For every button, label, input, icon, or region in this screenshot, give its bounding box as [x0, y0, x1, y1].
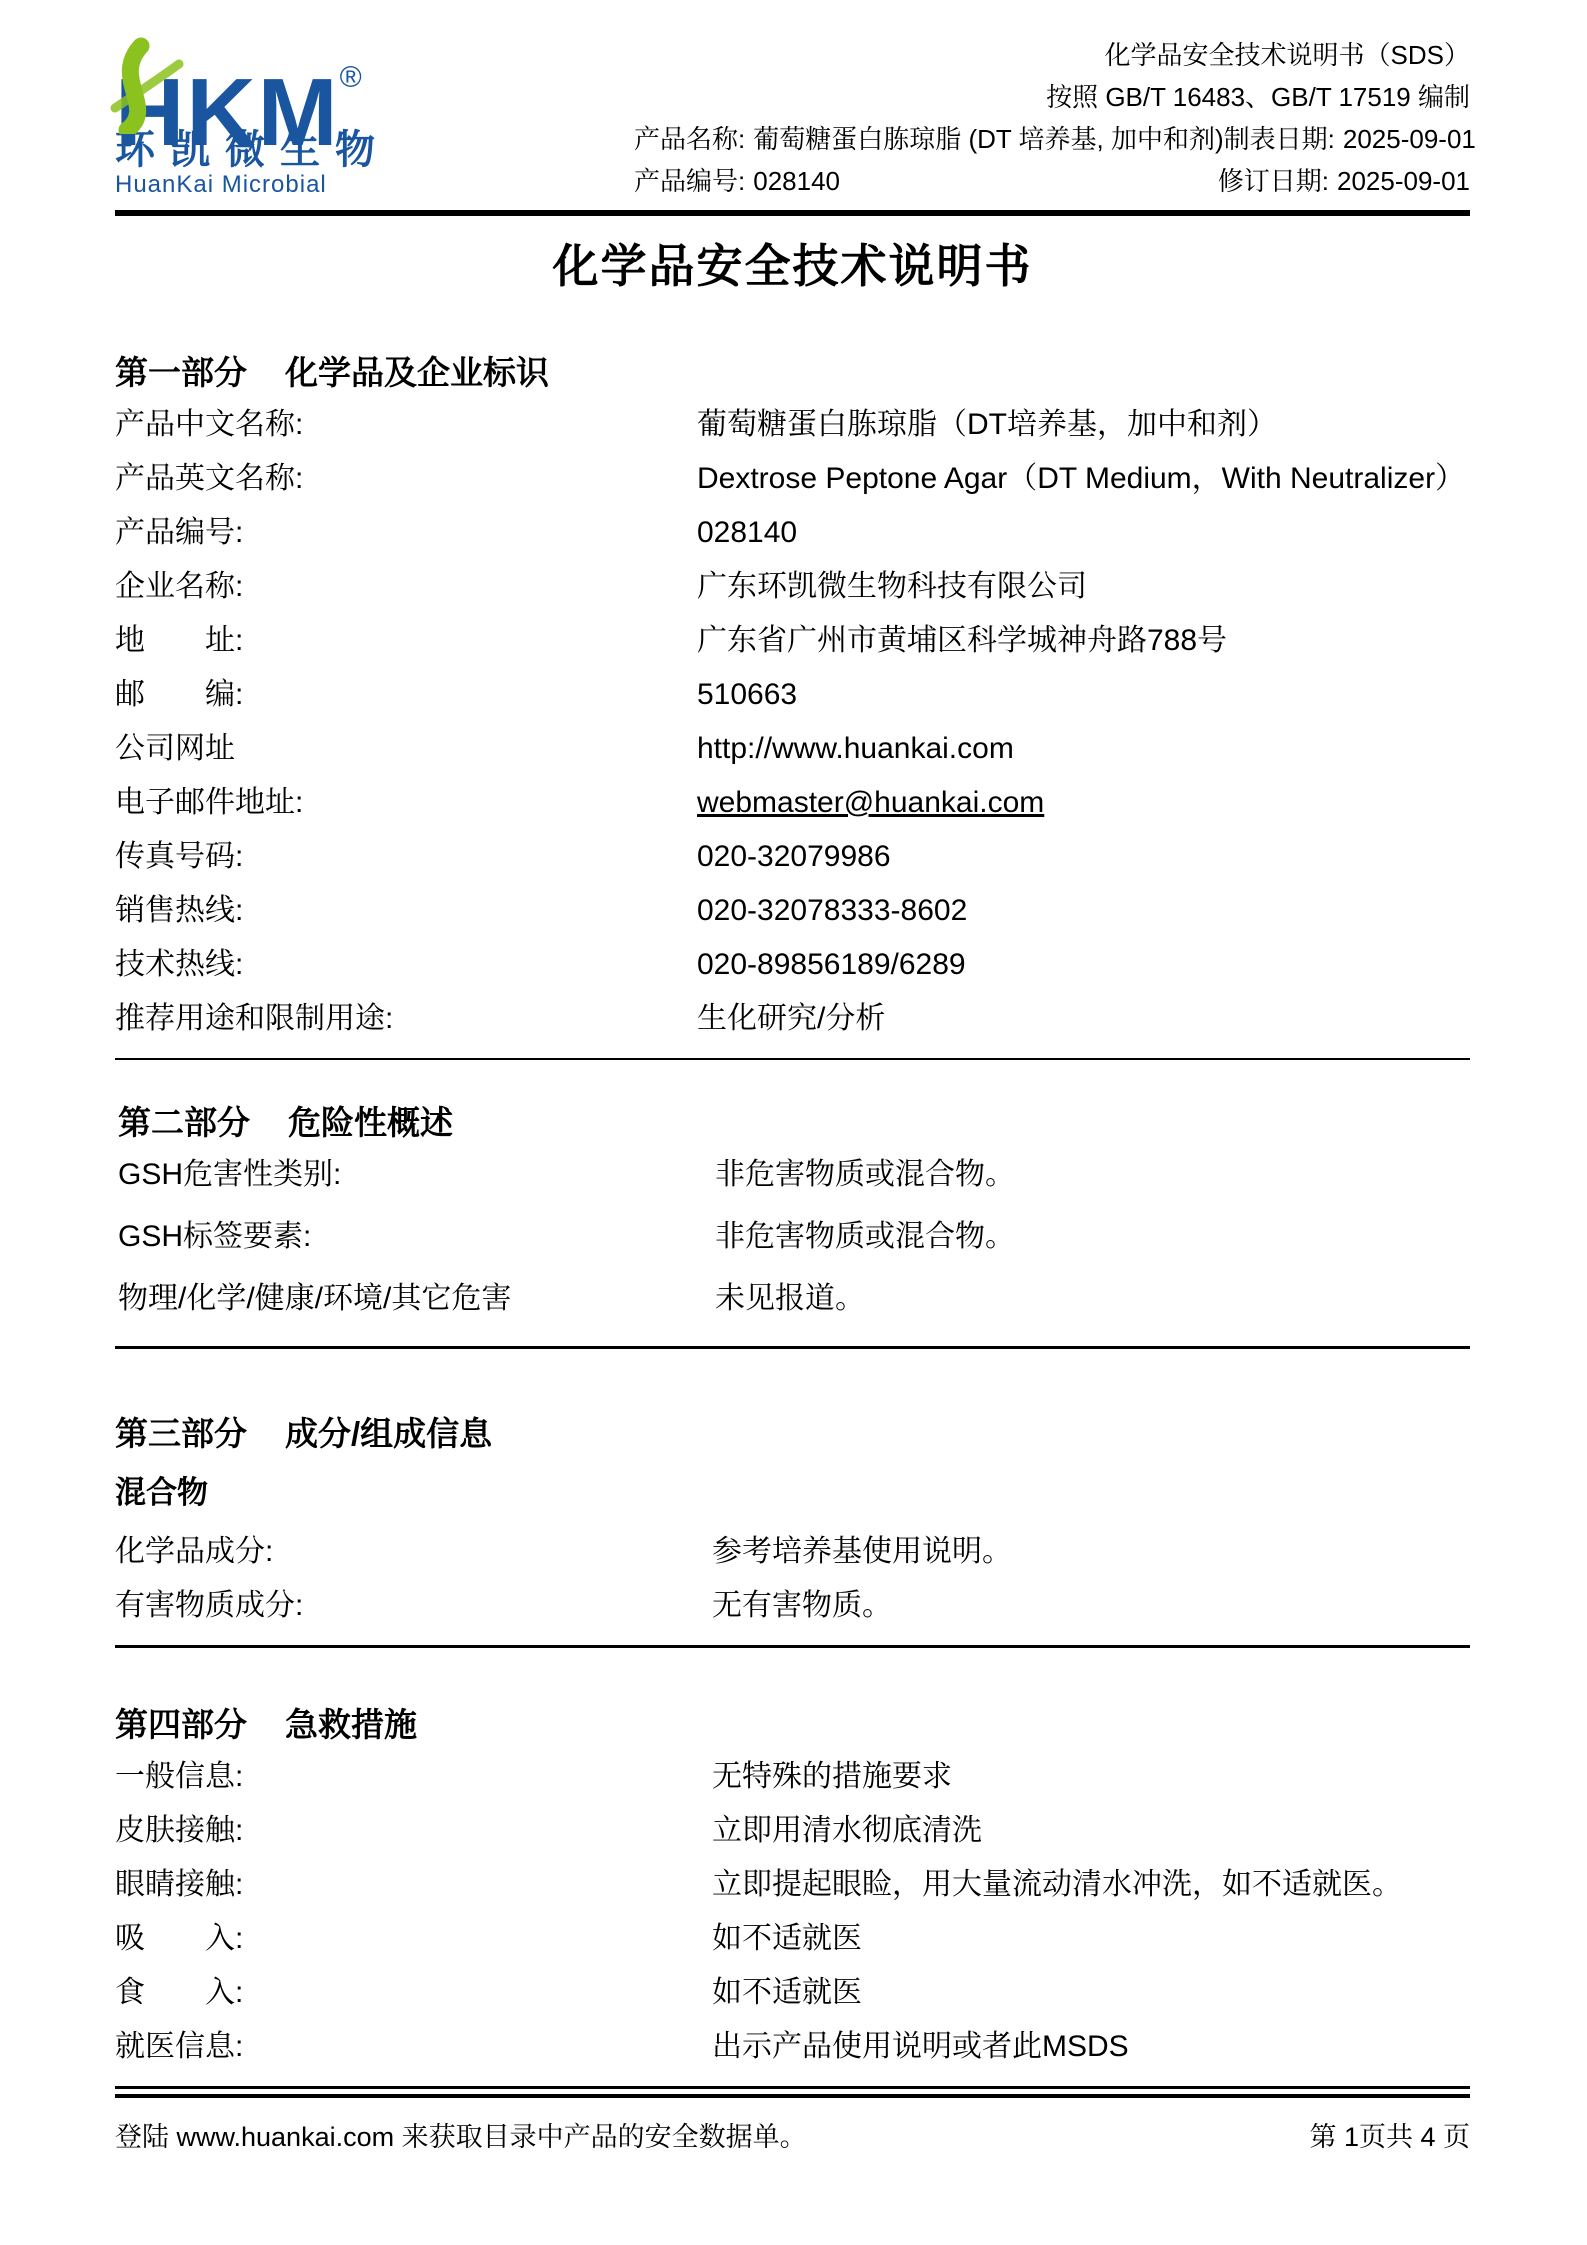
product-code-label: 产品编号:: [634, 166, 745, 196]
row-chemical-components: 化学品成分: 参考培养基使用说明。: [115, 1537, 1470, 1567]
field-value: 未见报道。: [715, 1284, 865, 1314]
section-1-number: 第一部分: [115, 356, 247, 390]
section-3-heading: 第三部分 成分/组成信息: [115, 1417, 1470, 1451]
row-postal-code: 邮 编: 510663: [115, 680, 1470, 710]
row-email: 电子邮件地址: webmaster@huankai.com: [115, 788, 1470, 818]
row-other-hazards: 物理/化学/健康/环境/其它危害 未见报道。: [118, 1284, 1470, 1314]
field-value: 广东环凯微生物科技有限公司: [697, 572, 1087, 602]
section-3-divider: [115, 1645, 1470, 1648]
field-value: 非危害物质或混合物。: [715, 1160, 1015, 1190]
footer-divider: [115, 2094, 1470, 2098]
page-footer: 登陆 www.huankai.com 来获取目录中产品的安全数据单。 第 1页共…: [115, 2094, 1470, 2152]
section-identification: 第一部分 化学品及企业标识 产品中文名称: 葡萄糖蛋白胨琼脂（DT培养基，加中和…: [115, 356, 1470, 1060]
header-info-block: 化学品安全技术说明书（SDS） 按照 GB/T 16483、GB/T 17519…: [634, 28, 1470, 202]
field-value: 葡萄糖蛋白胨琼脂（DT培养基，加中和剂）: [697, 410, 1277, 440]
section-2-number: 第二部分: [118, 1106, 250, 1140]
row-product-code: 产品编号: 028140: [115, 518, 1470, 548]
field-value: 生化研究/分析: [697, 1004, 885, 1034]
product-name-label: 产品名称:: [634, 124, 745, 154]
row-company-name: 企业名称: 广东环凯微生物科技有限公司: [115, 572, 1470, 602]
row-general-info: 一般信息: 无特殊的措施要求: [115, 1762, 1470, 1792]
field-label: 一般信息:: [115, 1762, 712, 1792]
section-1-title: 化学品及企业标识: [285, 356, 549, 390]
row-fax: 传真号码: 020-32079986: [115, 842, 1470, 872]
row-website: 公司网址 http://www.huankai.com: [115, 734, 1470, 764]
section-3-number: 第三部分: [115, 1417, 247, 1451]
website-link[interactable]: http://www.huankai.com: [697, 734, 1014, 764]
field-label: 技术热线:: [115, 950, 697, 980]
field-label: 产品中文名称:: [115, 410, 697, 440]
header-product-name: 产品名称:葡萄糖蛋白胨琼脂 (DT 培养基, 加中和剂): [634, 118, 1224, 160]
product-name-value: 葡萄糖蛋白胨琼脂 (DT 培养基, 加中和剂): [753, 124, 1223, 154]
header-revised-date: 修订日期:2025-09-01: [1218, 160, 1470, 202]
field-label: 眼睛接触:: [115, 1870, 712, 1900]
field-value: 510663: [697, 680, 797, 710]
document-header: HKM® 环凯微生物 HuanKai Microbial 化学品安全技术说明书（…: [115, 28, 1470, 202]
section-2-divider: [115, 1346, 1470, 1349]
field-value: 028140: [697, 518, 797, 548]
row-medical-info: 就医信息: 出示产品使用说明或者此MSDS: [115, 2032, 1470, 2062]
doc-type-line: 化学品安全技术说明书（SDS）: [634, 34, 1470, 76]
section-3-title: 成分/组成信息: [285, 1417, 492, 1451]
field-label: 皮肤接触:: [115, 1816, 712, 1846]
row-product-en-name: 产品英文名称: Dextrose Peptone Agar（DT Medium，…: [115, 464, 1470, 494]
field-label: 公司网址: [115, 734, 697, 764]
hkm-logo-mark: HKM®: [115, 28, 415, 128]
row-eye-contact: 眼睛接触: 立即提起眼睑，用大量流动清水冲洗，如不适就医。: [115, 1870, 1470, 1900]
field-value: 参考培养基使用说明。: [712, 1537, 1012, 1567]
header-created-date: 制表日期:2025-09-01: [1224, 118, 1476, 160]
field-label: 推荐用途和限制用途:: [115, 1004, 697, 1034]
registered-trademark-symbol: ®: [340, 61, 362, 94]
field-value: 出示产品使用说明或者此MSDS: [712, 2032, 1129, 2062]
page-indicator: 第 1页共 4 页: [1309, 2122, 1470, 2152]
row-address: 地 址: 广东省广州市黄埔区科学城神舟路788号: [115, 626, 1470, 656]
header-divider: [115, 210, 1470, 216]
section-4-divider: [115, 2086, 1470, 2089]
field-label: 电子邮件地址:: [115, 788, 697, 818]
field-label: 有害物质成分:: [115, 1591, 712, 1621]
section-composition: 第三部分 成分/组成信息 混合物 化学品成分: 参考培养基使用说明。 有害物质成…: [115, 1417, 1470, 1648]
row-skin-contact: 皮肤接触: 立即用清水彻底清洗: [115, 1816, 1470, 1846]
row-product-cn-name: 产品中文名称: 葡萄糖蛋白胨琼脂（DT培养基，加中和剂）: [115, 410, 1470, 440]
field-value: 020-32078333-8602: [697, 896, 967, 926]
section-2-title: 危险性概述: [288, 1106, 453, 1140]
field-label: 邮 编:: [115, 680, 697, 710]
field-value: 无特殊的措施要求: [712, 1762, 952, 1792]
created-date-label: 制表日期:: [1224, 124, 1335, 154]
row-hazardous-components: 有害物质成分: 无有害物质。: [115, 1591, 1470, 1621]
section-4-rows: 一般信息: 无特殊的措施要求 皮肤接触: 立即用清水彻底清洗 眼睛接触: 立即提…: [115, 1762, 1470, 2062]
created-date-value: 2025-09-01: [1343, 124, 1476, 154]
section-2-rows: GSH危害性类别: 非危害物质或混合物。 GSH标签要素: 非危害物质或混合物。…: [115, 1160, 1470, 1314]
field-label: 产品编号:: [115, 518, 697, 548]
row-gsh-label-elements: GSH标签要素: 非危害物质或混合物。: [118, 1222, 1470, 1252]
section-1-divider: [115, 1058, 1470, 1060]
section-4-heading: 第四部分 急救措施: [115, 1708, 1470, 1742]
section-1-heading: 第一部分 化学品及企业标识: [115, 356, 1470, 390]
section-hazards: 第二部分 危险性概述 GSH危害性类别: 非危害物质或混合物。 GSH标签要素:…: [115, 1106, 1470, 1349]
section-4-number: 第四部分: [115, 1708, 247, 1742]
standard-reference-line: 按照 GB/T 16483、GB/T 17519 编制: [634, 76, 1470, 118]
field-label: 销售热线:: [115, 896, 697, 926]
revised-date-label: 修订日期:: [1218, 166, 1329, 196]
field-value: 如不适就医: [712, 1978, 862, 2008]
field-value: 非危害物质或混合物。: [715, 1222, 1015, 1252]
field-value: 如不适就医: [712, 1924, 862, 1954]
section-1-rows: 产品中文名称: 葡萄糖蛋白胨琼脂（DT培养基，加中和剂） 产品英文名称: Dex…: [115, 410, 1470, 1034]
footer-note-link[interactable]: 登陆 www.huankai.com 来获取目录中产品的安全数据单。: [115, 2122, 807, 2152]
field-value: 立即用清水彻底清洗: [712, 1816, 982, 1846]
field-value: 020-32079986: [697, 842, 891, 872]
field-label: GSH标签要素:: [118, 1222, 715, 1252]
field-value: 无有害物质。: [712, 1591, 892, 1621]
field-label: 产品英文名称:: [115, 464, 697, 494]
row-gsh-hazard-class: GSH危害性类别: 非危害物质或混合物。: [118, 1160, 1470, 1190]
field-label: 物理/化学/健康/环境/其它危害: [118, 1284, 715, 1314]
row-inhalation: 吸 入: 如不适就医: [115, 1924, 1470, 1954]
product-name-date-line: 产品名称:葡萄糖蛋白胨琼脂 (DT 培养基, 加中和剂) 制表日期:2025-0…: [634, 118, 1470, 160]
sds-document-page: HKM® 环凯微生物 HuanKai Microbial 化学品安全技术说明书（…: [0, 0, 1587, 2245]
company-logo: HKM® 环凯微生物 HuanKai Microbial: [115, 28, 415, 198]
email-link[interactable]: webmaster@huankai.com: [697, 788, 1044, 818]
page-title: 化学品安全技术说明书: [115, 238, 1470, 294]
section-2-heading: 第二部分 危险性概述: [118, 1106, 1470, 1140]
row-recommended-use: 推荐用途和限制用途: 生化研究/分析: [115, 1004, 1470, 1034]
field-label: 吸 入:: [115, 1924, 712, 1954]
row-ingestion: 食 入: 如不适就医: [115, 1978, 1470, 2008]
field-label: 就医信息:: [115, 2032, 712, 2062]
dna-helix-icon: [105, 30, 225, 134]
footer-text-line: 登陆 www.huankai.com 来获取目录中产品的安全数据单。 第 1页共…: [115, 2122, 1470, 2152]
field-value: 立即提起眼睑，用大量流动清水冲洗，如不适就医。: [712, 1870, 1402, 1900]
row-tech-hotline: 技术热线: 020-89856189/6289: [115, 950, 1470, 980]
header-product-code: 产品编号:028140: [634, 160, 840, 202]
field-value: 020-89856189/6289: [697, 950, 966, 980]
field-label: 传真号码:: [115, 842, 697, 872]
field-label: 地 址:: [115, 626, 697, 656]
section-4-title: 急救措施: [285, 1708, 417, 1742]
section-3-rows: 化学品成分: 参考培养基使用说明。 有害物质成分: 无有害物质。: [115, 1537, 1470, 1621]
product-code-value: 028140: [753, 166, 840, 196]
field-label: 化学品成分:: [115, 1537, 712, 1567]
field-value: Dextrose Peptone Agar（DT Medium，With Neu…: [697, 464, 1465, 494]
product-code-date-line: 产品编号:028140 修订日期:2025-09-01: [634, 160, 1470, 202]
field-label: GSH危害性类别:: [118, 1160, 715, 1190]
field-label: 食 入:: [115, 1978, 712, 2008]
row-sales-hotline: 销售热线: 020-32078333-8602: [115, 896, 1470, 926]
logo-company-name-en: HuanKai Microbial: [115, 172, 415, 198]
mixture-subheading: 混合物: [115, 1477, 1470, 1509]
section-first-aid: 第四部分 急救措施 一般信息: 无特殊的措施要求 皮肤接触: 立即用清水彻底清洗…: [115, 1708, 1470, 2089]
field-label: 企业名称:: [115, 572, 697, 602]
revised-date-value: 2025-09-01: [1337, 166, 1470, 196]
field-value: 广东省广州市黄埔区科学城神舟路788号: [697, 626, 1227, 656]
